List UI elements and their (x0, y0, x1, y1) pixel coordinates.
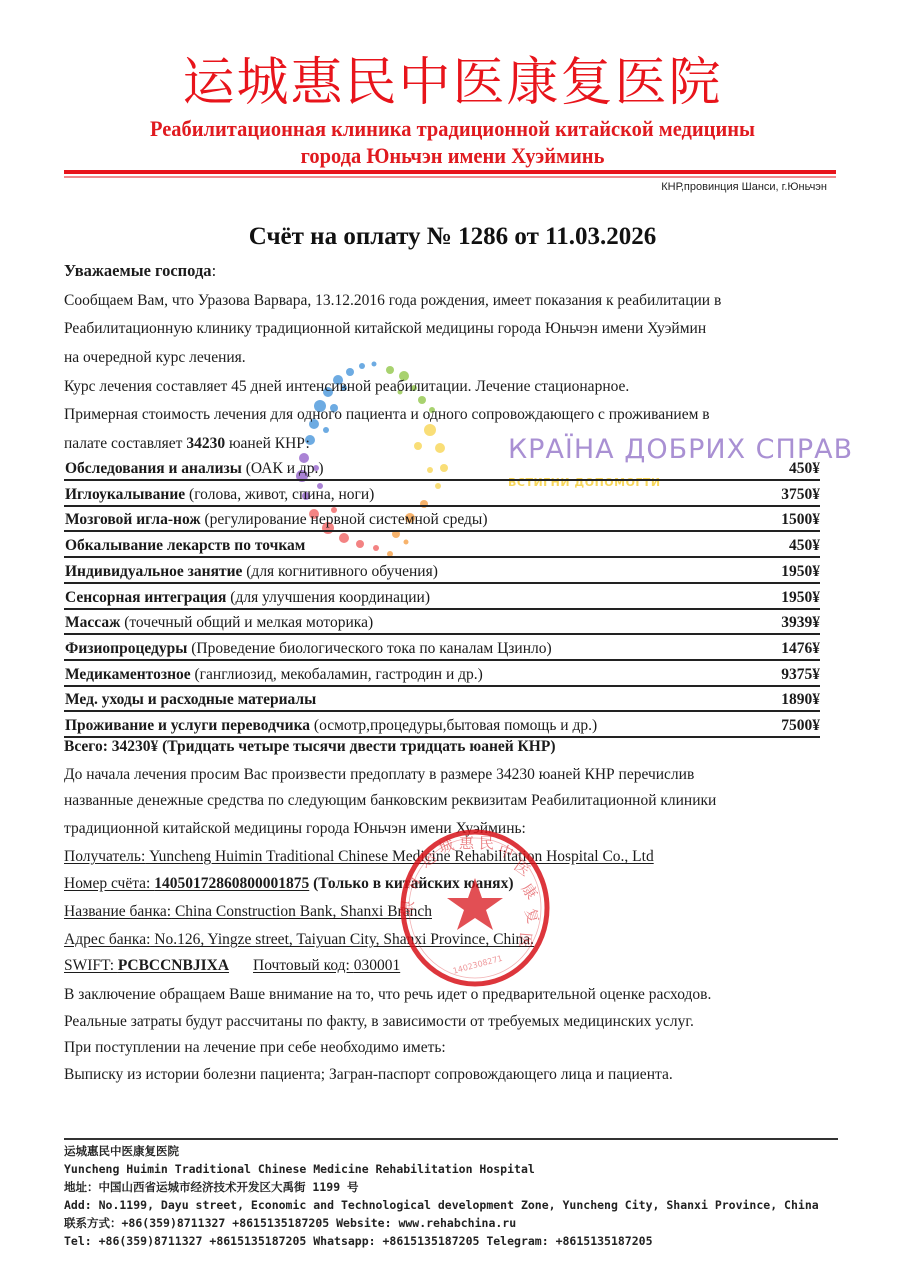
service-item-detail: (регулирование нервной системной среды) (201, 511, 488, 528)
service-item-title: Иглоукалывание (65, 486, 185, 503)
closing-line-4: Выписку из истории болезни пациента; Заг… (64, 1065, 673, 1085)
service-item-name: Иглоукалывание (голова, живот, спина, но… (65, 486, 374, 504)
closing-line-2: Реальные затраты будут рассчитаны по фак… (64, 1012, 694, 1032)
service-item-name: Массаж (точечный общий и мелкая моторика… (65, 614, 373, 632)
service-item-title: Мозговой игла-нож (65, 511, 201, 528)
service-item-name: Проживание и услуги переводчика (осмотр,… (65, 717, 597, 735)
service-item-row: Иглоукалывание (голова, живот, спина, но… (64, 485, 820, 507)
hospital-chinese-name: 运城惠民中医康复医院 (0, 52, 905, 114)
service-item-name: Обкалывание лекарств по точкам (65, 537, 305, 555)
estimated-cost: 34230 (186, 435, 225, 452)
svg-text:康: 康 (518, 880, 541, 903)
service-item-price: 1500¥ (781, 511, 820, 529)
footer-divider (64, 1138, 838, 1140)
intro-line-5: Примерная стоимость лечения для одного п… (64, 405, 710, 425)
service-item-detail: (осмотр,процедуры,бытовая помощь и др.) (310, 717, 597, 734)
service-item-price: 7500¥ (781, 717, 820, 735)
recipient-value: Yuncheng Huimin Traditional Chinese Medi… (145, 848, 653, 865)
bank-account: Номер счёта: 14050172860800001875 (Тольк… (64, 874, 513, 894)
service-item-row: Обкалывание лекарств по точкам450¥ (64, 536, 820, 558)
service-item-name: Индивидуальное занятие (для когнитивного… (65, 563, 438, 581)
hospital-russian-name-line1: Реабилитационная клиника традиционной ки… (32, 116, 874, 142)
closing-line-3: При поступлении на лечение при себе необ… (64, 1038, 446, 1058)
service-item-name: Мед. уходы и расходные материалы (65, 691, 316, 709)
service-item-price: 1476¥ (781, 640, 820, 658)
cost-prefix: палате составляет (64, 435, 186, 452)
footer-en-address: Add: No.1199, Dayu street, Economic and … (64, 1196, 819, 1214)
svg-text:1402308271: 1402308271 (452, 954, 504, 976)
service-item-title: Мед. уходы и расходные материалы (65, 691, 316, 708)
bank-swift-row: SWIFT: PCBCCNBJIXAПочтовый код: 030001 (64, 956, 400, 976)
service-item-price: 1890¥ (781, 691, 820, 709)
service-item-row: Обследования и анализы (ОАК и др.)450¥ (64, 459, 820, 481)
svg-text:复: 复 (521, 906, 542, 925)
service-item-name: Обследования и анализы (ОАК и др.) (65, 460, 324, 478)
total-line: Всего: 34230¥ (Тридцать четыре тысячи дв… (64, 737, 555, 757)
footer-contacts-en: Tel: +86(359)8711327 +8615135187205 What… (64, 1232, 653, 1250)
service-item-title: Физиопроцедуры (65, 640, 187, 657)
service-item-price: 3750¥ (781, 486, 820, 504)
intro-line-2: Реабилитационную клинику традиционной ки… (64, 319, 706, 339)
service-item-price: 1950¥ (781, 589, 820, 607)
service-item-row: Сенсорная интеграция (для улучшения коор… (64, 588, 820, 610)
payment-line-3: традиционной китайской медицины города Ю… (64, 819, 526, 839)
footer-cn-address: 地址：中国山西省运城市经济技术开发区大禹街 1199 号 (64, 1178, 359, 1196)
service-item-detail: (для когнитивного обучения) (242, 563, 437, 580)
intro-line-4: Курс лечения составляет 45 дней интенсив… (64, 377, 629, 397)
service-item-price: 450¥ (789, 460, 820, 478)
service-item-row: Мозговой игла-нож (регулирование нервной… (64, 510, 820, 532)
invoice-title: Счёт на оплату № 1286 от 11.03.2026 (0, 222, 905, 252)
service-item-title: Сенсорная интеграция (65, 589, 226, 606)
service-item-detail: (точечный общий и мелкая моторика) (120, 614, 373, 631)
service-item-row: Физиопроцедуры (Проведение биологическог… (64, 639, 820, 661)
service-item-row: Массаж (точечный общий и мелкая моторика… (64, 613, 820, 635)
service-item-price: 1950¥ (781, 563, 820, 581)
greeting: Уважаемые господа: (64, 261, 216, 281)
bank-name-value: China Construction Bank, Shanxi Branch (171, 903, 432, 920)
bank-address-value: No.126, Yingze street, Taiyuan City, Sha… (150, 931, 534, 948)
service-item-row: Медикаментозное (ганглиозид, мекобаламин… (64, 665, 820, 687)
recipient-label: Получатель: (64, 848, 145, 865)
hospital-region: КНР,провинция Шанси, г.Юньчэн (661, 181, 827, 193)
service-item-price: 9375¥ (781, 666, 820, 684)
intro-line-3: на очередной курс лечения. (64, 348, 246, 368)
bank-name: Название банка: China Construction Bank,… (64, 902, 432, 922)
account-currency-note: (Только в китайских юанях) (309, 875, 513, 892)
service-item-name: Сенсорная интеграция (для улучшения коор… (65, 589, 430, 607)
account-label: Номер счёта: (64, 875, 154, 892)
swift-label: SWIFT: (64, 957, 118, 974)
service-item-detail: (для улучшения координации) (226, 589, 430, 606)
bank-name-label: Название банка: (64, 903, 171, 920)
bank-address: Адрес банка: No.126, Yingze street, Taiy… (64, 930, 534, 950)
service-item-title: Обкалывание лекарств по точкам (65, 537, 305, 554)
service-item-detail: (голова, живот, спина, ноги) (185, 486, 374, 503)
service-item-price: 3939¥ (781, 614, 820, 632)
account-number: 14050172860800001875 (154, 875, 309, 892)
payment-line-2: названные денежные средства по следующим… (64, 791, 716, 811)
greeting-text: Уважаемые господа (64, 261, 212, 280)
service-item-title: Медикаментозное (65, 666, 191, 683)
payment-line-1: До начала лечения просим Вас произвести … (64, 765, 694, 785)
intro-line-1: Сообщаем Вам, что Уразова Варвара, 13.12… (64, 291, 721, 311)
closing-line-1: В заключение обращаем Ваше внимание на т… (64, 985, 711, 1005)
service-item-title: Проживание и услуги переводчика (65, 717, 310, 734)
intro-line-6: палате составляет 34230 юаней КНР: (64, 434, 310, 454)
service-item-name: Физиопроцедуры (Проведение биологическог… (65, 640, 552, 658)
service-item-price: 450¥ (789, 537, 820, 555)
service-item-row: Индивидуальное занятие (для когнитивного… (64, 562, 820, 584)
greeting-colon: : (212, 261, 217, 280)
footer-en-name: Yuncheng Huimin Traditional Chinese Medi… (64, 1160, 535, 1178)
service-item-row: Проживание и услуги переводчика (осмотр,… (64, 716, 820, 738)
bank-recipient: Получатель: Yuncheng Huimin Traditional … (64, 847, 654, 867)
header-divider-shadow (64, 176, 836, 178)
postcode-label: Почтовый код: (253, 957, 354, 974)
service-item-detail: (Проведение биологического тока по канал… (187, 640, 551, 657)
hospital-russian-name-line2: города Юньчэн имени Хуэйминь (32, 143, 874, 169)
service-item-detail: (ганглиозид, мекобаламин, гастродин и др… (191, 666, 483, 683)
service-item-title: Обследования и анализы (65, 460, 242, 477)
postcode-value: 030001 (354, 957, 401, 974)
footer-cn-name: 运城惠民中医康复医院 (64, 1142, 179, 1160)
service-item-title: Индивидуальное занятие (65, 563, 242, 580)
service-item-title: Массаж (65, 614, 120, 631)
cost-suffix: юаней КНР: (225, 435, 310, 452)
service-item-detail: (ОАК и др.) (242, 460, 324, 477)
service-item-name: Мозговой игла-нож (регулирование нервной… (65, 511, 488, 529)
footer-contacts-cn: 联系方式：+86(359)8711327 +8615135187205 Webs… (64, 1214, 516, 1232)
service-item-row: Мед. уходы и расходные материалы1890¥ (64, 690, 820, 712)
service-item-name: Медикаментозное (ганглиозид, мекобаламин… (65, 666, 483, 684)
bank-address-label: Адрес банка: (64, 931, 150, 948)
header-divider (64, 170, 836, 174)
swift-code: PCBCCNBJIXA (118, 957, 229, 974)
